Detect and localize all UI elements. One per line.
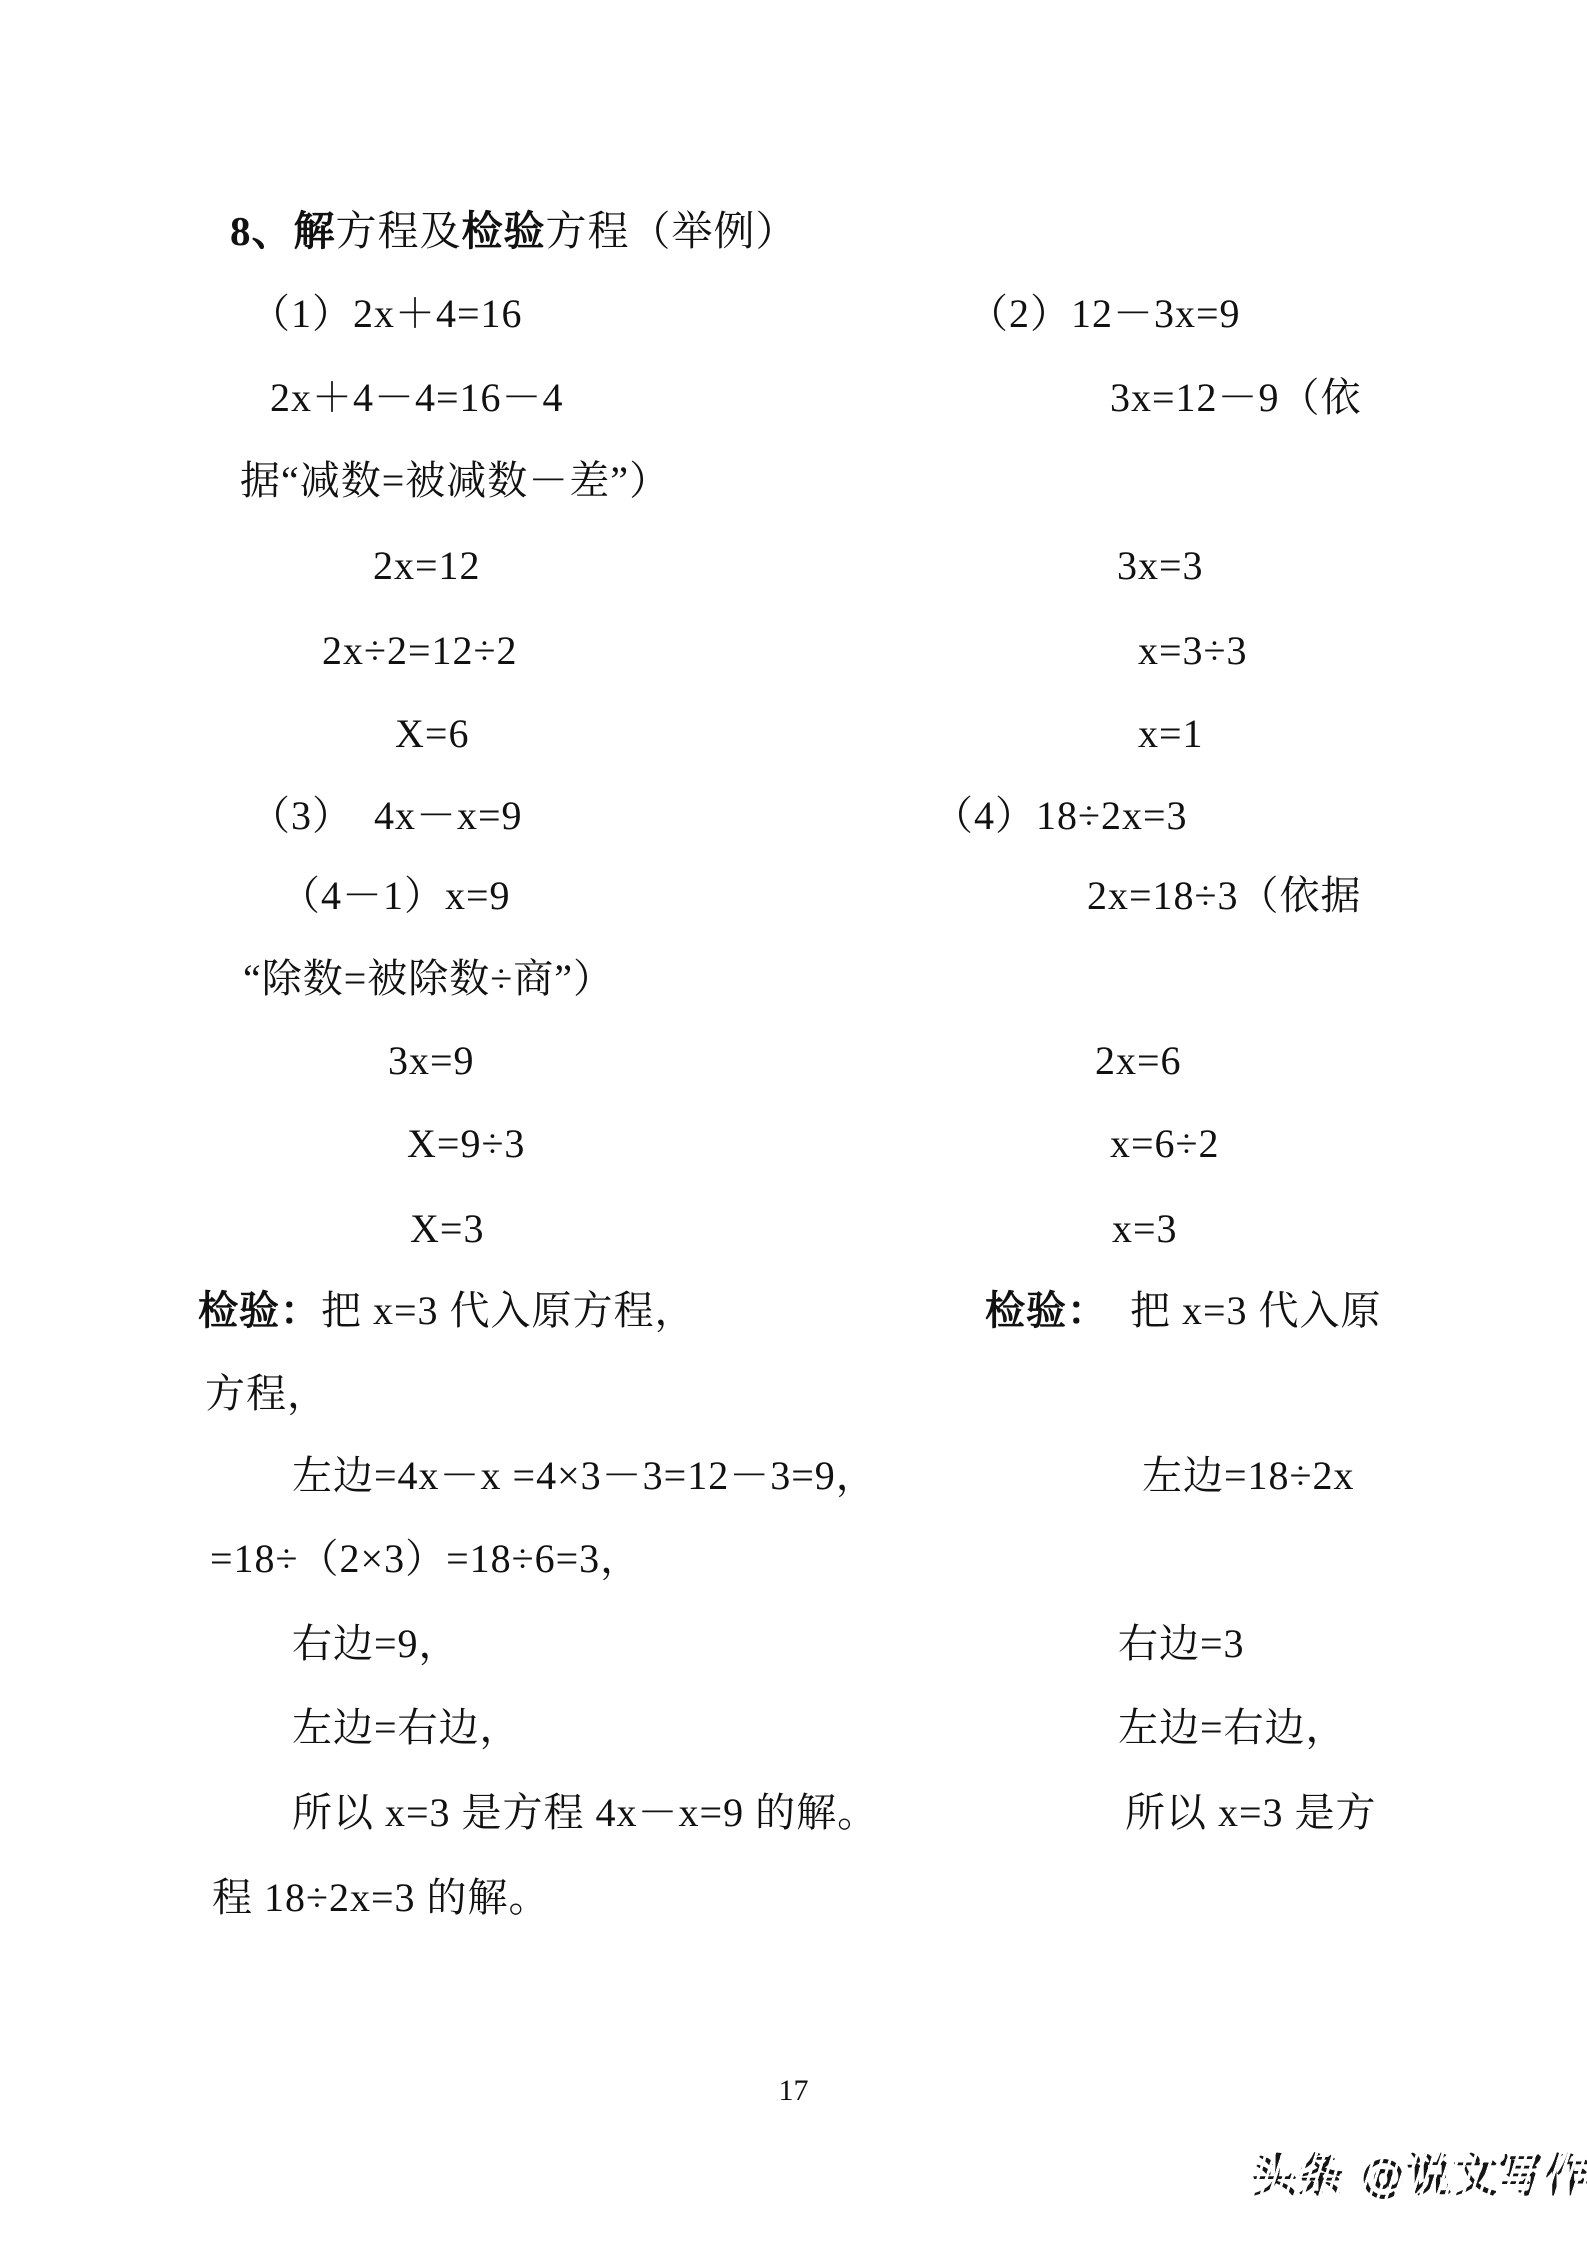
left-check-conclusion-wrap: 程 18÷2x=3 的解。 [212,1876,550,1920]
eq3-step-3: 3x=9 [388,1039,475,1083]
right-check-equal: 左边=右边， [1118,1706,1347,1750]
eq2-step-2: 3x=3 [1117,544,1204,588]
left-check-intro: 把 x=3 代入原方程， [321,1288,696,1333]
eq2-step-4: x=1 [1138,712,1204,756]
left-check-leftside-wrap: =18÷（2×3）=18÷6=3， [210,1537,641,1581]
right-check-line: 检验：把 x=3 代入原 [985,1289,1382,1333]
eq1-step-2: 据“减数=被减数－差”） [240,459,670,503]
right-check-leftside: 左边=18÷2x [1142,1454,1355,1498]
right-check-conclusion: 所以 x=3 是方 [1125,1791,1377,1835]
eq1-step-1: 2x＋4－4=16－4 [270,376,564,420]
left-check-conclusion: 所以 x=3 是方程 4x－x=9 的解。 [292,1791,878,1835]
eq4-step-2: 2x=6 [1095,1039,1182,1083]
right-check-rightside: 右边=3 [1118,1622,1245,1666]
right-check-label: 检验： [985,1288,1108,1333]
eq3-step-5: X=3 [410,1207,484,1251]
eq2-step-1: 3x=12－9（依 [1110,376,1362,420]
eq3-step-4: X=9÷3 [407,1122,525,1166]
eq4-title: （4）18÷2x=3 [933,794,1188,838]
left-check-rightside: 右边=9， [292,1622,460,1666]
left-check-label: 检验： [198,1288,321,1333]
section-heading: 8、解方程及检验方程（举例） [230,208,798,254]
heading-number: 8、 [230,208,294,254]
watermark: 头条 @说文写作 [1252,2150,1587,2202]
eq3-title: （3） 4x－x=9 [250,794,523,838]
eq1-title: （1）2x＋4=16 [250,292,523,336]
eq4-step-4: x=3 [1112,1207,1178,1251]
right-check-intro: 把 x=3 代入原 [1130,1288,1382,1333]
eq3-step-1: （4－1）x=9 [280,874,511,918]
eq1-step-3: 2x=12 [373,544,481,588]
heading-normal-2: 方程（举例） [546,208,798,254]
watermark-text: 头条 @说文写作 [1252,2149,1587,2202]
left-check-leftside: 左边=4x－x =4×3－3=12－3=9， [292,1454,877,1498]
document-page: 8、解方程及检验方程（举例） （1）2x＋4=16 （2）12－3x=9 2x＋… [0,0,1587,2245]
left-check-line: 检验：把 x=3 代入原方程， [198,1289,696,1333]
page-number: 17 [0,2074,1587,2108]
eq4-step-1: 2x=18÷3（依据 [1087,874,1362,918]
eq2-title: （2）12－3x=9 [968,292,1241,336]
eq4-step-3: x=6÷2 [1110,1122,1220,1166]
eq3-step-2: “除数=被除数÷商”） [243,957,614,1001]
heading-bold-1: 解 [294,208,336,254]
left-check-wrap: 方程， [205,1372,328,1416]
heading-bold-2: 检验 [462,208,546,254]
left-check-equal: 左边=右边， [292,1706,521,1750]
heading-normal-1: 方程及 [336,208,462,254]
eq1-step-4: 2x÷2=12÷2 [322,629,517,673]
eq2-step-3: x=3÷3 [1138,629,1248,673]
eq1-step-5: X=6 [395,712,469,756]
